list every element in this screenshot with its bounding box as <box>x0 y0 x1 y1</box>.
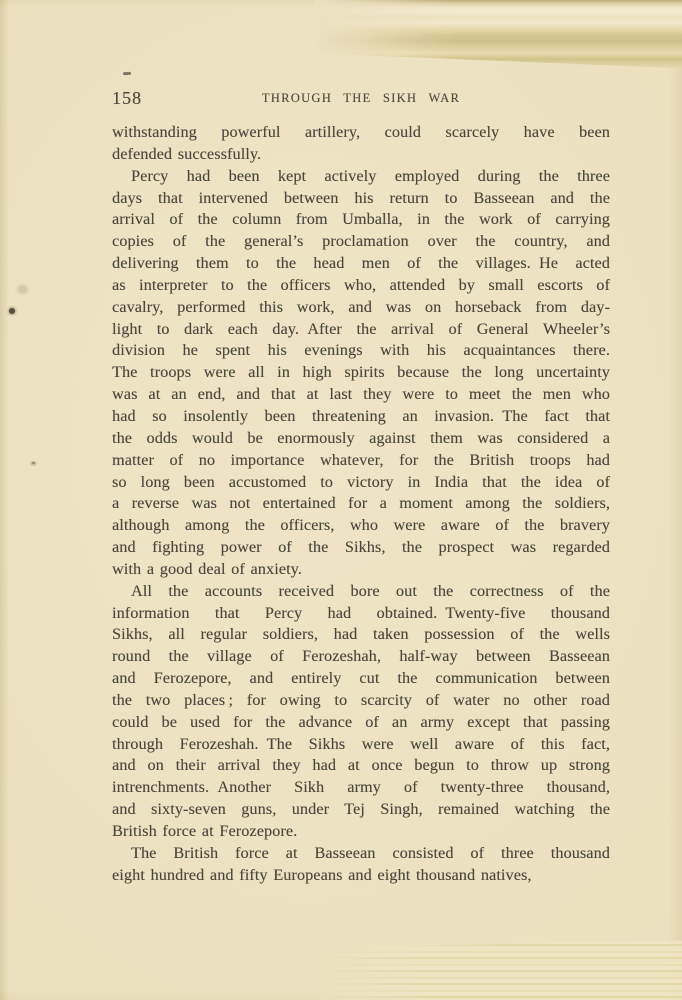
body-text: withstanding powerful artillery, could s… <box>112 122 610 887</box>
text-line: round the village of Ferozeshah, half-wa… <box>112 646 610 668</box>
text-line: copies of the general’s proclamation ove… <box>112 231 610 253</box>
page-edge-streaks-bottom <box>320 938 682 1000</box>
text-line: as interpreter to the officers who, atte… <box>112 275 610 297</box>
paragraph: The British force at Basseean consisted … <box>112 843 610 887</box>
text-line: light to dark each day. After the arriva… <box>112 319 610 341</box>
text-line: eight hundred and fifty Europeans and ei… <box>112 865 610 887</box>
text-line: Sikhs, all regular soldiers, had taken p… <box>112 624 610 646</box>
text-line: the odds would be enormously against the… <box>112 428 610 450</box>
text-line: days that intervened between his return … <box>112 188 610 210</box>
text-line: The troops were all in high spirits beca… <box>112 362 610 384</box>
text-line: and sixty-seven guns, under Tej Singh, r… <box>112 799 610 821</box>
ink-dot <box>9 308 15 314</box>
text-line: the two places ; for owing to scarcity o… <box>112 690 610 712</box>
running-head-title: THROUGH THE SIKH WAR <box>112 88 610 106</box>
text-line: and fighting power of the Sikhs, the pro… <box>112 537 610 559</box>
paragraph: Percy had been kept actively employed du… <box>112 166 610 581</box>
text-line: and on their arrival they had at once be… <box>112 755 610 777</box>
text-line: through Ferozeshah. The Sikhs were well … <box>112 734 610 756</box>
page-header: 158 THROUGH THE SIKH WAR <box>112 88 610 108</box>
text-line: with a good deal of anxiety. <box>112 559 610 581</box>
paragraph: withstanding powerful artillery, could s… <box>112 122 610 166</box>
ink-smudge <box>17 285 28 294</box>
text-line: division he spent his evenings with his … <box>112 340 610 362</box>
text-line: although among the officers, who were aw… <box>112 515 610 537</box>
text-line: defended successfully. <box>112 144 610 166</box>
page-number: 158 <box>112 88 142 109</box>
text-line: British force at Ferozepore. <box>112 821 610 843</box>
text-line: so long been accustomed to victory in In… <box>112 472 610 494</box>
paragraph: All the accounts received bore out the c… <box>112 581 610 843</box>
book-page-scan: 158 THROUGH THE SIKH WAR withstanding po… <box>0 0 682 1000</box>
text-line: and Ferozepore, and entirely cut the com… <box>112 668 610 690</box>
text-line: delivering them to the head men of the v… <box>112 253 610 275</box>
text-line: The British force at Basseean consisted … <box>112 843 610 865</box>
stray-pen-dash <box>123 72 131 75</box>
text-line: withstanding powerful artillery, could s… <box>112 122 610 144</box>
text-line: Percy had been kept actively employed du… <box>112 166 610 188</box>
text-line: All the accounts received bore out the c… <box>112 581 610 603</box>
text-line: cavalry, performed this work, and was on… <box>112 297 610 319</box>
text-line: intrenchments. Another Sikh army of twen… <box>112 777 610 799</box>
text-line: a reverse was not entertained for a mome… <box>112 493 610 515</box>
text-line: had so insolently been threatening an in… <box>112 406 610 428</box>
text-line: information that Percy had obtained. Twe… <box>112 603 610 625</box>
paper-speck <box>30 461 37 466</box>
page-edge-streaks-top <box>315 0 682 72</box>
text-line: matter of no importance whatever, for th… <box>112 450 610 472</box>
text-line: was at an end, and that at last they wer… <box>112 384 610 406</box>
text-line: arrival of the column from Umballa, in t… <box>112 209 610 231</box>
text-line: could be used for the advance of an army… <box>112 712 610 734</box>
